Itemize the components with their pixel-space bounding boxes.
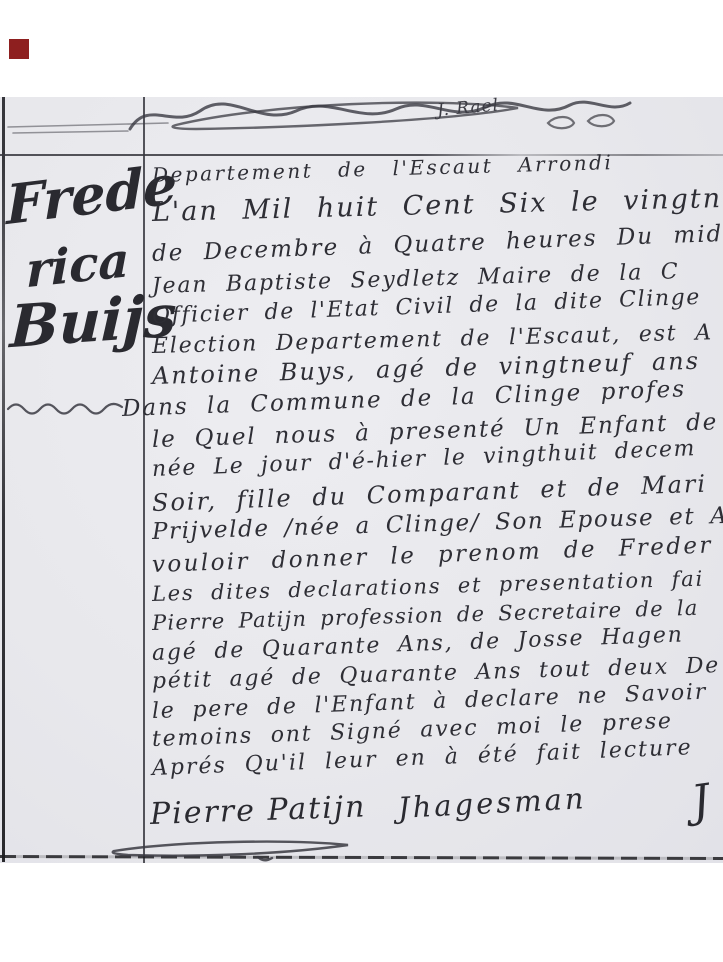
signature-partial: J: [688, 775, 713, 828]
document-line: L'an Mil huit Cent Six le vingtneuf: [152, 182, 723, 228]
signature-hagesman: Jhagesman: [397, 781, 587, 825]
document-scan: J. Rael Frede rica Buijs Departement de …: [0, 97, 723, 863]
scan-left-border-line: [2, 97, 5, 862]
margin-squiggle-icon: [4, 397, 134, 419]
page: { "page": { "background_color": "#ffffff…: [0, 0, 723, 962]
signature-pierre-patijn: Pierre Patijn: [149, 789, 367, 832]
signature-underline-flourish-icon: [108, 837, 368, 863]
red-marker: [9, 39, 29, 59]
header-flourish-icon: [118, 97, 678, 143]
header-rule-line: [0, 154, 723, 156]
